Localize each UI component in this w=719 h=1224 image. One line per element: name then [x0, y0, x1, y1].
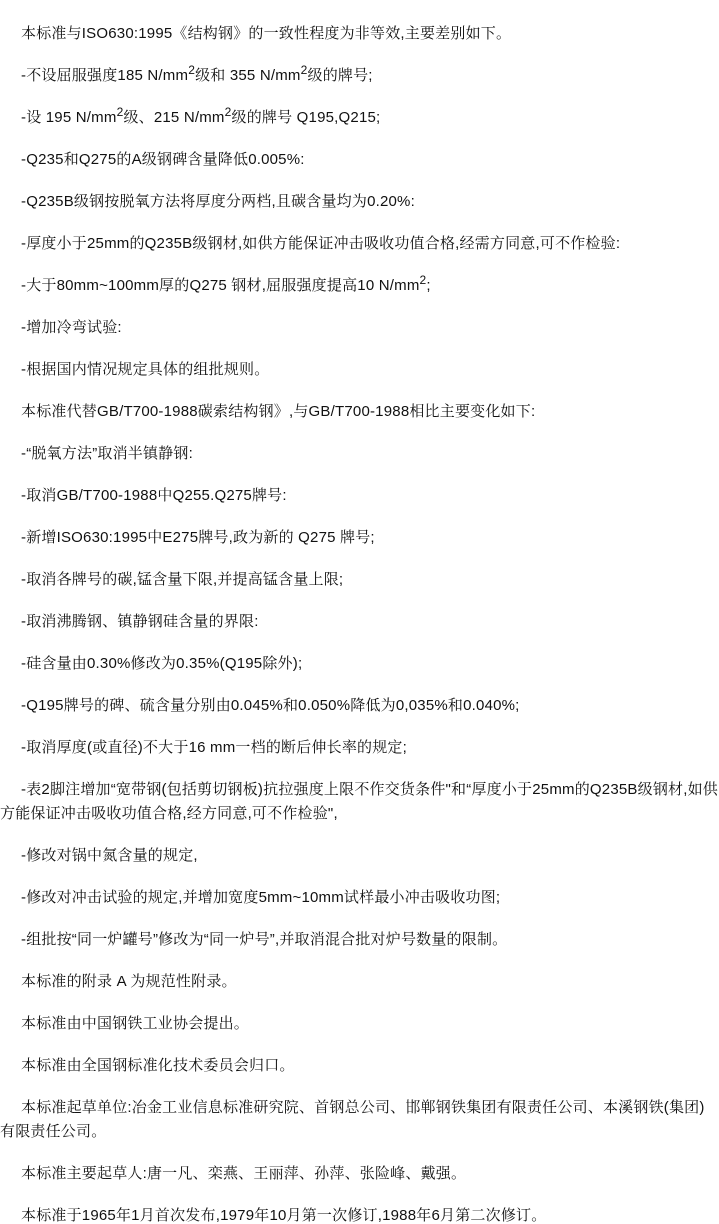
paragraph-3: -设 195 N/mm2级、215 N/mm2级的牌号 Q195,Q215; — [0, 106, 719, 130]
text-run: -表2脚注增加“宽带钢(包括剪切钢板)抗拉强度上限不作交货条件"和“厚度小于25… — [0, 781, 718, 822]
paragraph-15: -取消沸腾钢、镇静钢硅含量的界限: — [0, 610, 719, 634]
paragraph-26: 本标准起草单位:冶金工业信息标准研究院、首钢总公司、邯郸钢铁集团有限责任公司、本… — [0, 1096, 719, 1144]
paragraph-13: -新增ISO630:1995中E275牌号,政为新的 Q275 牌号; — [0, 526, 719, 550]
text-run: 级的牌号; — [308, 67, 373, 84]
superscript-2: 2 — [301, 63, 308, 77]
text-run: -硅含量由0.30%修改为0.35%(Q195除外); — [21, 655, 302, 672]
paragraph-20: -修改对锅中氮含量的规定, — [0, 844, 719, 868]
text-run: 本标准主要起草人:唐一凡、栾燕、王丽萍、孙萍、张险峰、戴强。 — [21, 1165, 466, 1182]
text-run: -设 195 N/mm — [21, 109, 117, 126]
text-run: -Q235和Q275的A级钢碑含量降低0.005%: — [21, 151, 305, 168]
text-run: 级、215 N/mm — [123, 109, 224, 126]
paragraph-9: -根据国内情况规定具体的组批规则。 — [0, 358, 719, 382]
text-run: -组批按“同一炉罐号”修改为“同一炉号”,并取消混合批对炉号数量的限制。 — [21, 931, 507, 948]
paragraph-5: -Q235B级钢按脱氧方法将厚度分两档,且碳含量均为0.20%: — [0, 190, 719, 214]
text-run: -修改对冲击试验的规定,并增加宽度5mm~10mm试样最小冲击吸收功图; — [21, 889, 500, 906]
text-run: 本标准与ISO630:1995《结构钢》的一致性程度为非等效,主要差别如下。 — [21, 25, 511, 42]
text-run: ; — [426, 277, 430, 294]
paragraph-28: 本标准于1965年1月首次发布,1979年10月第一次修订,1988年6月第二次… — [0, 1204, 719, 1224]
paragraph-16: -硅含量由0.30%修改为0.35%(Q195除外); — [0, 652, 719, 676]
paragraph-2: -不设屈服强度185 N/mm2级和 355 N/mm2级的牌号; — [0, 64, 719, 88]
text-run: -取消各牌号的碳,锰含量下限,并提高锰含量上限; — [21, 571, 343, 588]
paragraph-11: -“脱氧方法”取消半镇静钢: — [0, 442, 719, 466]
paragraph-21: -修改对冲击试验的规定,并增加宽度5mm~10mm试样最小冲击吸收功图; — [0, 886, 719, 910]
document-body: 本标准与ISO630:1995《结构钢》的一致性程度为非等效,主要差别如下。-不… — [0, 22, 719, 1224]
text-run: 本标准由中国钢铁工业协会提出。 — [21, 1015, 249, 1032]
paragraph-17: -Q195牌号的碑、硫含量分别由0.045%和0.050%降低为0,035%和0… — [0, 694, 719, 718]
text-run: 级和 355 N/mm — [195, 67, 301, 84]
text-run: 本标准于1965年1月首次发布,1979年10月第一次修订,1988年6月第二次… — [21, 1207, 546, 1224]
paragraph-10: 本标准代替GB/T700-1988碳索结构钢》,与GB/T700-1988相比主… — [0, 400, 719, 424]
text-run: -增加冷弯试验: — [21, 319, 122, 336]
text-run: -新增ISO630:1995中E275牌号,政为新的 Q275 牌号; — [21, 529, 375, 546]
paragraph-24: 本标准由中国钢铁工业协会提出。 — [0, 1012, 719, 1036]
text-run: -大于80mm~100mm厚的Q275 钢材,屈服强度提高10 N/mm — [21, 277, 420, 294]
paragraph-1: 本标准与ISO630:1995《结构钢》的一致性程度为非等效,主要差别如下。 — [0, 22, 719, 46]
text-run: -根据国内情况规定具体的组批规则。 — [21, 361, 269, 378]
text-run: -“脱氧方法”取消半镇静钢: — [21, 445, 193, 462]
text-run: 本标准代替GB/T700-1988碳索结构钢》,与GB/T700-1988相比主… — [21, 403, 535, 420]
text-run: -取消GB/T700-1988中Q255.Q275牌号: — [21, 487, 287, 504]
paragraph-19: -表2脚注增加“宽带钢(包括剪切钢板)抗拉强度上限不作交货条件"和“厚度小于25… — [0, 778, 719, 826]
paragraph-22: -组批按“同一炉罐号”修改为“同一炉号”,并取消混合批对炉号数量的限制。 — [0, 928, 719, 952]
paragraph-8: -增加冷弯试验: — [0, 316, 719, 340]
paragraph-4: -Q235和Q275的A级钢碑含量降低0.005%: — [0, 148, 719, 172]
text-run: -厚度小于25mm的Q235B级钢材,如供方能保证冲击吸收功值合格,经需方同意,… — [21, 235, 620, 252]
paragraph-6: -厚度小于25mm的Q235B级钢材,如供方能保证冲击吸收功值合格,经需方同意,… — [0, 232, 719, 256]
paragraph-12: -取消GB/T700-1988中Q255.Q275牌号: — [0, 484, 719, 508]
paragraph-14: -取消各牌号的碳,锰含量下限,并提高锰含量上限; — [0, 568, 719, 592]
text-run: 本标准起草单位:冶金工业信息标准研究院、首钢总公司、邯郸钢铁集团有限责任公司、本… — [0, 1099, 705, 1140]
text-run: -不设屈服强度185 N/mm — [21, 67, 188, 84]
text-run: -Q195牌号的碑、硫含量分别由0.045%和0.050%降低为0,035%和0… — [21, 697, 520, 714]
paragraph-7: -大于80mm~100mm厚的Q275 钢材,屈服强度提高10 N/mm2; — [0, 274, 719, 298]
text-run: -取消沸腾钢、镇静钢硅含量的界限: — [21, 613, 259, 630]
paragraph-18: -取消厚度(或直径)不大于16 mm一档的断后伸长率的规定; — [0, 736, 719, 760]
paragraph-23: 本标准的附录 A 为规范性附录。 — [0, 970, 719, 994]
paragraph-27: 本标准主要起草人:唐一凡、栾燕、王丽萍、孙萍、张险峰、戴强。 — [0, 1162, 719, 1186]
text-run: -Q235B级钢按脱氧方法将厚度分两档,且碳含量均为0.20%: — [21, 193, 415, 210]
text-run: 本标准的附录 A 为规范性附录。 — [21, 973, 237, 990]
text-run: 级的牌号 Q195,Q215; — [232, 109, 381, 126]
text-run: -取消厚度(或直径)不大于16 mm一档的断后伸长率的规定; — [21, 739, 407, 756]
paragraph-25: 本标准由全国钢标准化技术委员会归口。 — [0, 1054, 719, 1078]
superscript-2: 2 — [225, 105, 232, 119]
text-run: 本标准由全国钢标准化技术委员会归口。 — [21, 1057, 295, 1074]
text-run: -修改对锅中氮含量的规定, — [21, 847, 198, 864]
